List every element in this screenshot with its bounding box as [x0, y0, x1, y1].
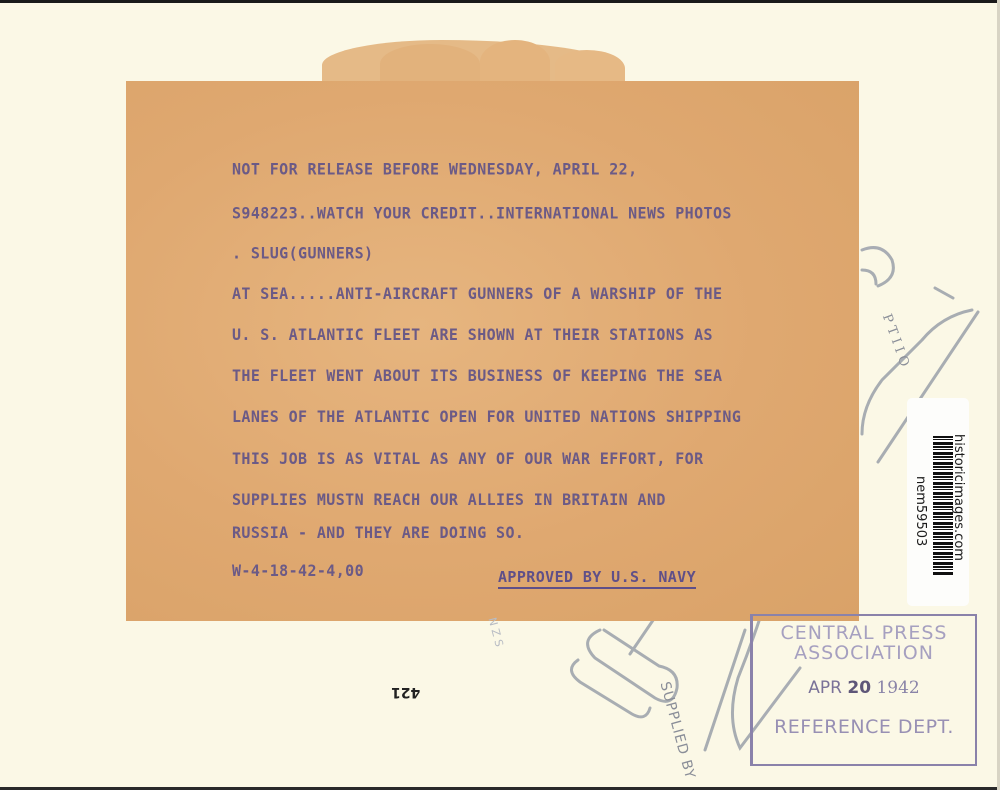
caption-line: S948223..WATCH YOUR CREDIT..INTERNATIONA… [232, 204, 732, 223]
caption-line: AT SEA.....ANTI-AIRCRAFT GUNNERS OF A WA… [232, 285, 722, 304]
caption-line: SUPPLIES MUSTN REACH OUR ALLIES IN BRITA… [232, 491, 666, 510]
barcode-id: nem59503 [913, 476, 928, 546]
stamp-month: APR [808, 678, 842, 698]
barcode-site: historicimages.com [951, 434, 966, 561]
stamp-year: 1942 [876, 678, 919, 698]
reference-dept-stamp: CENTRAL PRESS ASSOCIATION APR 20 1942 RE… [750, 614, 977, 766]
caption-line: NOT FOR RELEASE BEFORE WEDNESDAY, APRIL … [232, 160, 638, 179]
barcode-icon [933, 436, 953, 576]
caption-line: THIS JOB IS AS VITAL AS ANY OF OUR WAR E… [232, 450, 704, 469]
caption-line: LANES OF THE ATLANTIC OPEN FOR UNITED NA… [232, 408, 741, 427]
stamp-line-2: ASSOCIATION [753, 642, 975, 664]
stamp-date: APR 20 1942 [753, 678, 975, 698]
stamp-line-4: REFERENCE DEPT. [753, 716, 975, 738]
approval-line: APPROVED BY U.S. NAVY [498, 568, 696, 589]
page-number: 421 [391, 684, 420, 700]
caption-line: U. S. ATLANTIC FLEET ARE SHOWN AT THEIR … [232, 326, 713, 345]
caption-code: W-4-18-42-4,00 [232, 562, 364, 581]
caption-line: . SLUG(GUNNERS) [232, 244, 373, 263]
caption-line: THE FLEET WENT ABOUT ITS BUSINESS OF KEE… [232, 367, 722, 386]
stamp-line-1: CENTRAL PRESS [753, 622, 975, 644]
stamp-day: 20 [847, 678, 871, 698]
caption-line: RUSSIA - AND THEY ARE DOING SO. [232, 524, 524, 543]
